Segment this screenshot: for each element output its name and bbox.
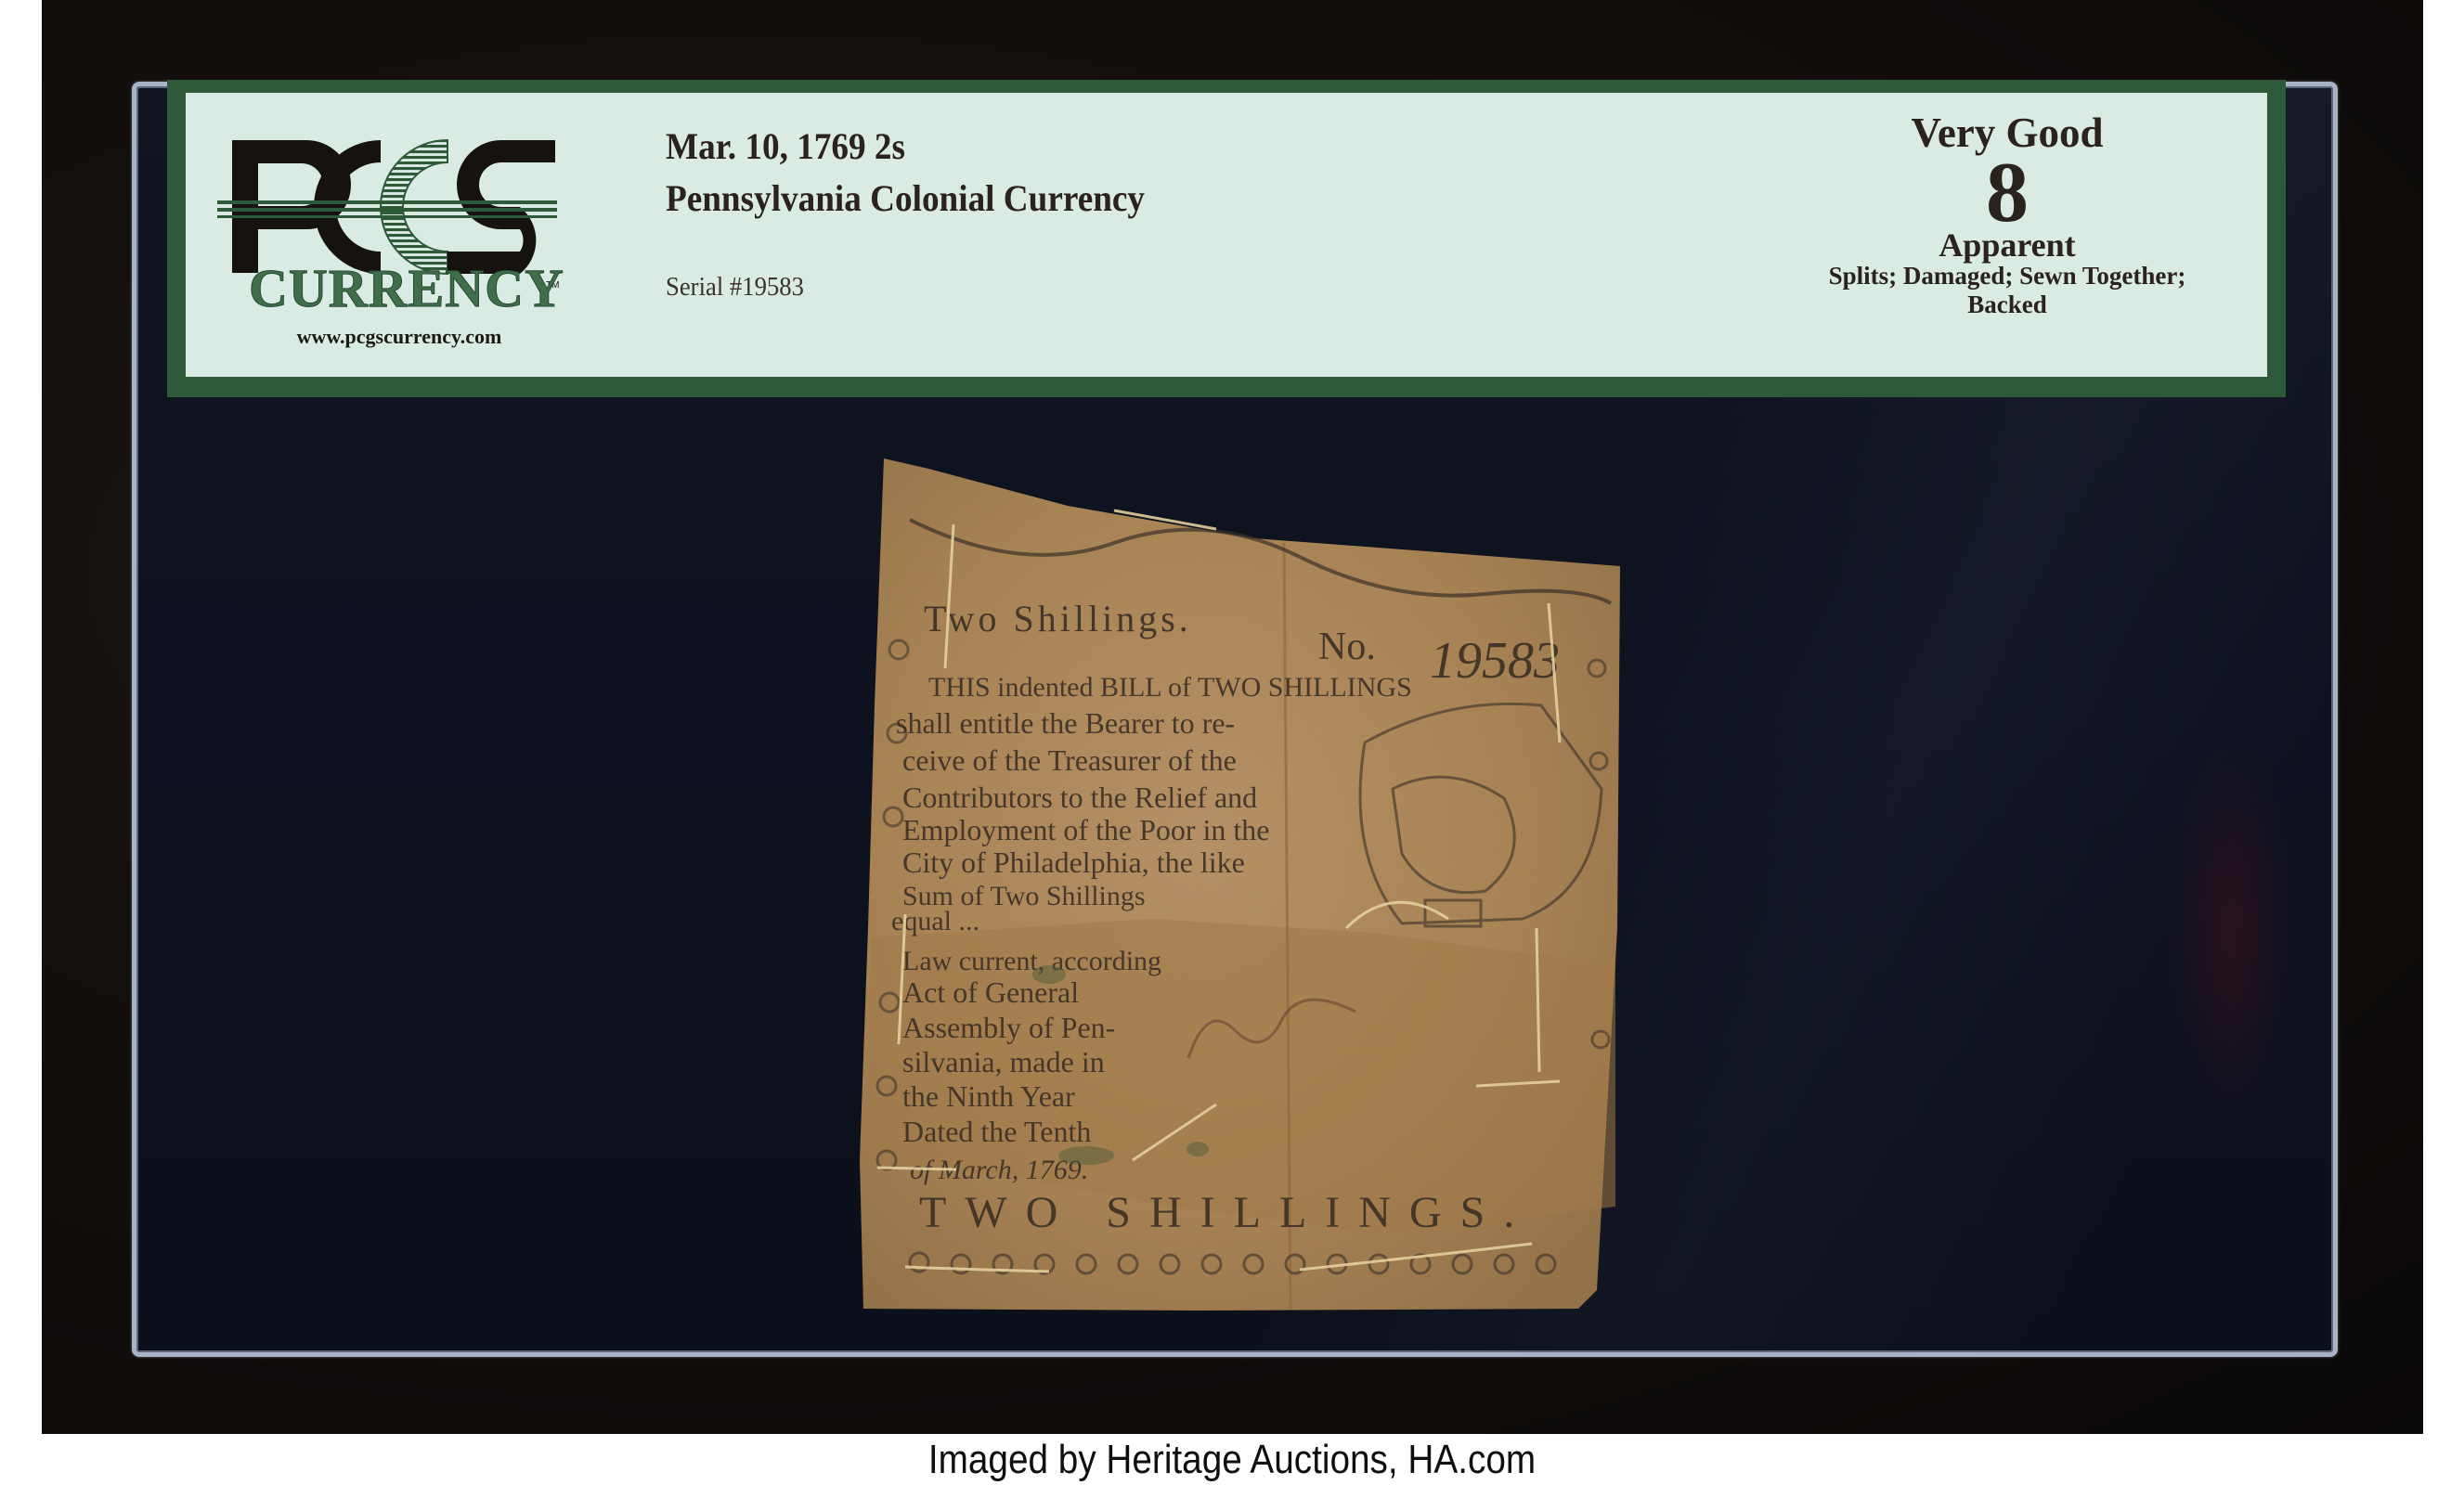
svg-text:Employment of the Poor in the: Employment of the Poor in the: [902, 813, 1270, 846]
image-credit: Imaged by Heritage Auctions, HA.com: [148, 1437, 2316, 1483]
svg-text:19583: 19583: [1430, 632, 1560, 690]
svg-text:ceive of the Treasurer of the: ceive of the Treasurer of the: [902, 743, 1237, 777]
svg-text:Two Shillings.: Two Shillings.: [924, 598, 1192, 639]
svg-text:Law current, according: Law current, according: [902, 946, 1161, 976]
svg-text:THIS indented BILL of TWO SHIL: THIS indented BILL of TWO SHILLINGS: [928, 672, 1412, 703]
svg-text:City of Philadelphia, the like: City of Philadelphia, the like: [902, 846, 1245, 879]
colonial-banknote: Two Shillings. No. 19583 THIS indented B…: [0, 0, 2464, 1485]
svg-text:silvania, made in: silvania, made in: [902, 1045, 1105, 1078]
svg-text:Dated the Tenth: Dated the Tenth: [902, 1115, 1091, 1148]
svg-text:TWO SHILLINGS.: TWO SHILLINGS.: [919, 1188, 1533, 1237]
svg-text:shall entitle the Bearer to re: shall entitle the Bearer to re-: [896, 706, 1235, 740]
svg-text:Assembly of Pen-: Assembly of Pen-: [902, 1011, 1115, 1044]
svg-text:Contributors to the Relief and: Contributors to the Relief and: [902, 781, 1257, 814]
svg-text:the Ninth Year: the Ninth Year: [902, 1079, 1075, 1113]
svg-text:No.: No.: [1318, 626, 1376, 668]
